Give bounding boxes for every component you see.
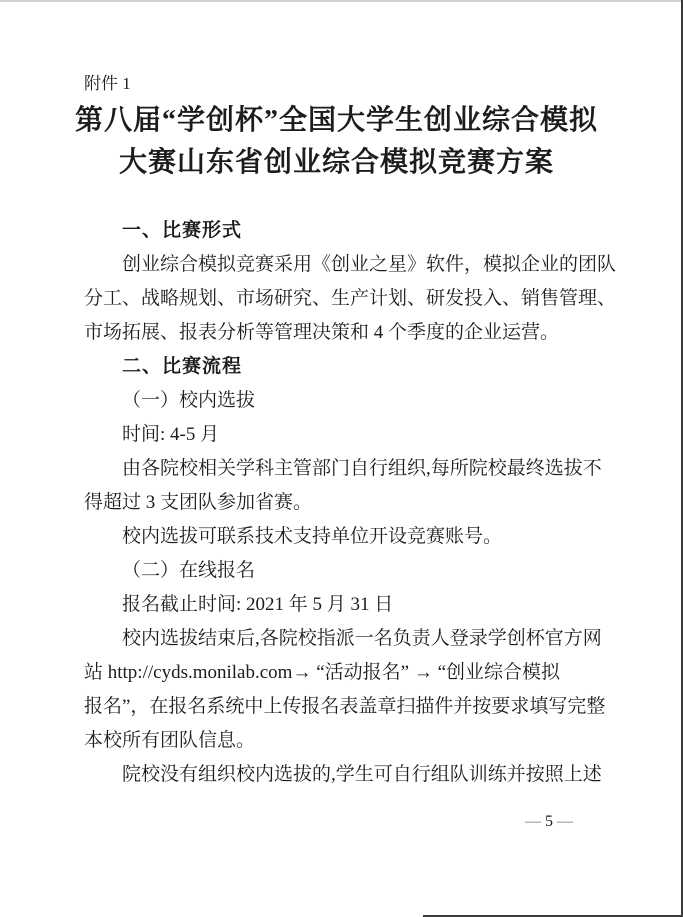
text-line: 本校所有团队信息。 — [84, 724, 604, 758]
page-number-value: 5 — [545, 813, 553, 830]
page-number-dash-left: — — [521, 813, 545, 830]
text-line: 报名”，在报名系统中上传报名表盖章扫描件并按要求填写完整 — [84, 690, 604, 724]
text-line: 由各院校相关学科主管部门自行组织,每所院校最终选拔不 — [84, 452, 604, 486]
page-number: —5— — [521, 810, 577, 834]
scan-edge-top — [0, 0, 683, 2]
document-title-line-2: 大赛山东省创业综合模拟竞赛方案 — [119, 147, 554, 178]
text-line: 分工、战略规划、市场研究、生产计划、研发投入、销售管理、 — [84, 282, 604, 316]
text-line: 时间: 4-5 月 — [84, 418, 604, 452]
section-heading: 二、比赛流程 — [84, 350, 604, 384]
text-line: 站 http://cyds.monilab.com→ “活动报名” → “创业综… — [84, 656, 604, 690]
document-page: 附件 1 第八届“学创杯”全国大学生创业综合模拟 大赛山东省创业综合模拟竞赛方案… — [0, 0, 683, 917]
section-heading: 一、比赛形式 — [84, 214, 604, 248]
text-line: 创业综合模拟竞赛采用《创业之星》软件，模拟企业的团队 — [84, 248, 604, 282]
subsection-label: （二）在线报名 — [84, 554, 604, 588]
text-line: 得超过 3 支团队参加省赛。 — [84, 486, 604, 520]
subsection-label: （一）校内选拔 — [84, 384, 604, 418]
text-line: 校内选拔结束后,各院校指派一名负责人登录学创杯官方网 — [84, 622, 604, 656]
text-line: 报名截止时间: 2021 年 5 月 31 日 — [84, 588, 604, 622]
text-line: 市场拓展、报表分析等管理决策和 4 个季度的企业运营。 — [84, 316, 604, 350]
text-line: 校内选拔可联系技术支持单位开设竞赛账号。 — [84, 520, 604, 554]
attachment-label: 附件 1 — [84, 72, 131, 96]
document-body: 一、比赛形式 创业综合模拟竞赛采用《创业之星》软件，模拟企业的团队 分工、战略规… — [84, 214, 604, 792]
page-number-dash-right: — — [553, 813, 577, 830]
document-title-line-1: 第八届“学创杯”全国大学生创业综合模拟 — [75, 105, 598, 136]
text-line: 院校没有组织校内选拔的,学生可自行组队训练并按照上述 — [84, 758, 604, 792]
document-title: 第八届“学创杯”全国大学生创业综合模拟 大赛山东省创业综合模拟竞赛方案 — [0, 100, 673, 184]
